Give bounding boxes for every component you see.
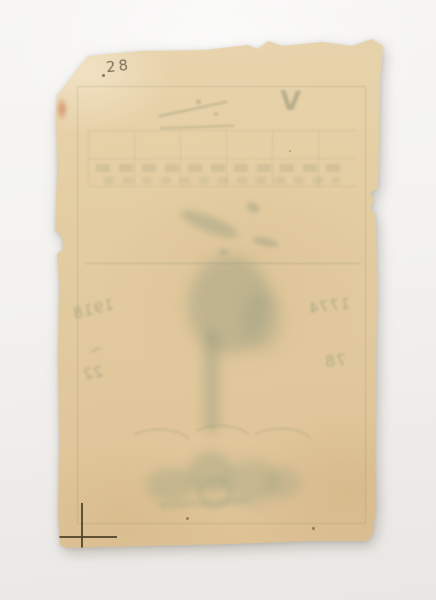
pencil-cross-mark — [81, 503, 83, 550]
handwritten-page-number: 28 — [105, 56, 132, 77]
pencil-dot-mark — [102, 74, 105, 77]
ghost-calligraphy — [266, 468, 302, 498]
pencil-cross-mark — [58, 536, 117, 538]
red-stain — [56, 97, 68, 121]
paper-shadow-wrapper: 28 V 1774 78 1918 ~ 22 — [0, 0, 436, 600]
paper-speck — [186, 517, 189, 520]
paper-speck — [312, 527, 315, 530]
ghost-pencil-numerals-right: 78 — [323, 350, 347, 371]
ghost-large-numeral — [203, 330, 220, 432]
ghost-script-dot — [196, 100, 201, 104]
ghost-text-row — [96, 164, 346, 172]
ghost-script-dot — [214, 112, 218, 116]
paper-speck — [289, 150, 291, 152]
ghost-text-row — [104, 177, 340, 184]
photo-background: 28 V 1774 78 1918 ~ 22 — [0, 0, 436, 600]
ghost-masthead-glyph: V — [279, 86, 301, 118]
ghost-large-numeral — [242, 290, 282, 352]
ghost-ink-blob — [219, 249, 228, 255]
ghost-pencil-numerals-left: 22 — [81, 362, 105, 383]
torn-aged-paper: 28 V 1774 78 1918 ~ 22 — [0, 0, 436, 600]
